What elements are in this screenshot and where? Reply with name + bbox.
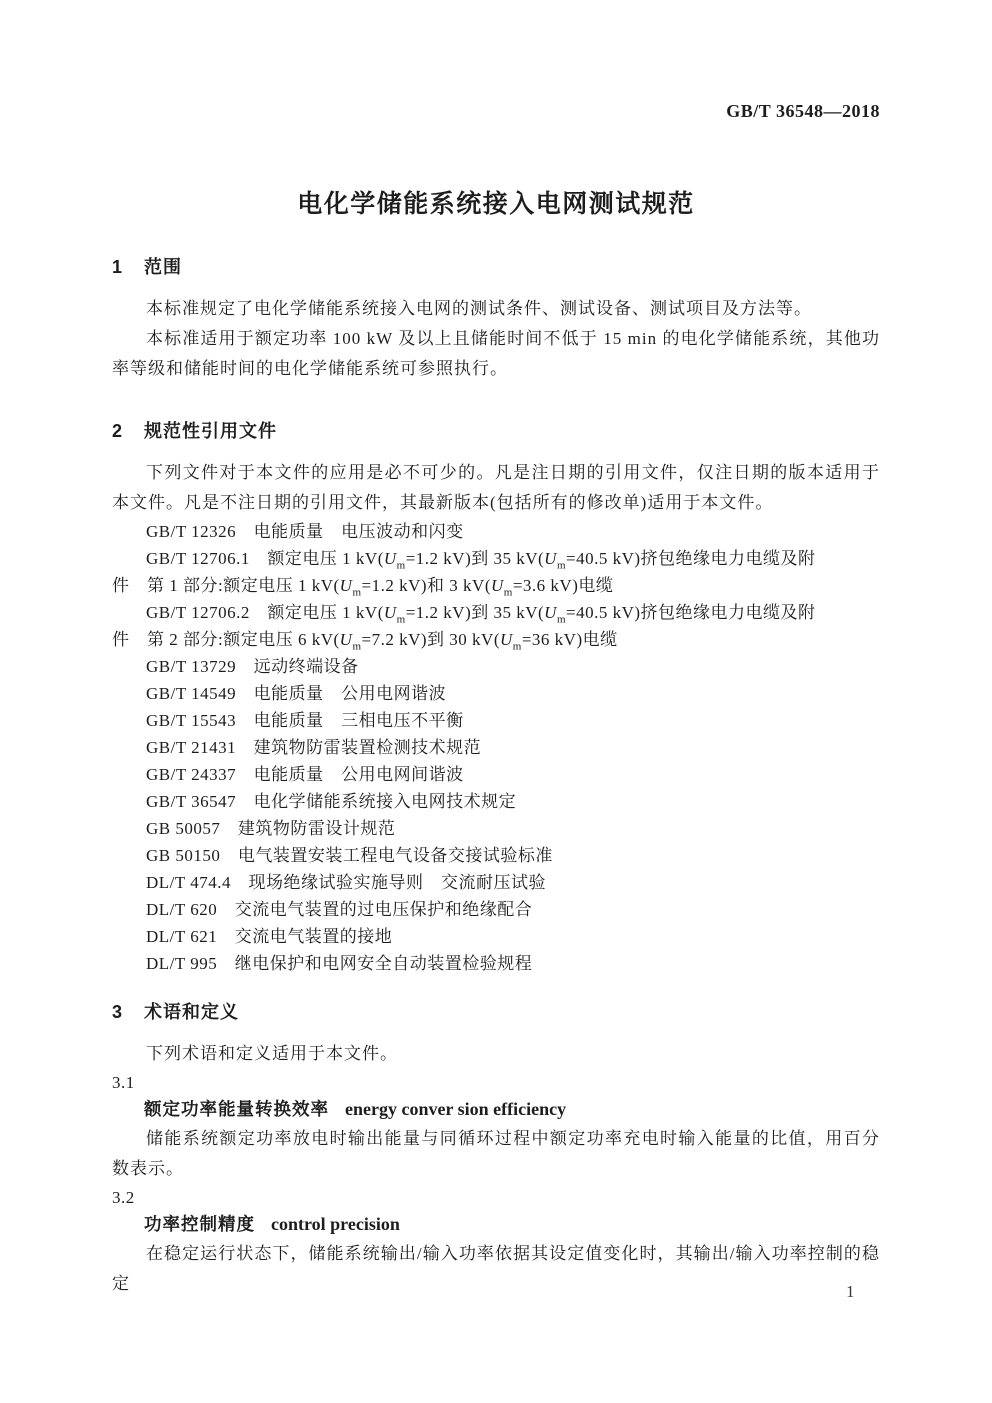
section-title: 术语和定义 [144,1002,239,1022]
reference-item: GB/T 24337 电能质量 公用电网间谐波 [112,761,880,788]
term-en: control precision [271,1214,400,1234]
reference-item: DL/T 474.4 现场绝缘试验实施导则 交流耐压试验 [112,869,880,896]
term-zh: 功率控制精度 [144,1214,255,1234]
term-number: 3.1 [112,1069,880,1096]
reference-item: DL/T 621 交流电气装置的接地 [112,923,880,950]
paragraph: 储能系统额定功率放电时输出能量与同循环过程中额定功率充电时输入能量的比值，用百分… [112,1124,880,1184]
paragraph: 下列术语和定义适用于本文件。 [112,1039,880,1069]
paragraph: 本标准适用于额定功率 100 kW 及以上且储能时间不低于 15 min 的电化… [112,324,880,384]
reference-item: DL/T 995 继电保护和电网安全自动装置检验规程 [112,950,880,977]
paragraph: 本标准规定了电化学储能系统接入电网的测试条件、测试设备、测试项目及方法等。 [112,294,880,324]
reference-item: GB 50150 电气装置安装工程电气设备交接试验标准 [112,842,880,869]
section-heading: 2规范性引用文件 [112,420,880,442]
reference-item: GB/T 21431 建筑物防雷装置检测技术规范 [112,734,880,761]
section-title: 规范性引用文件 [144,421,277,441]
section-title: 范围 [144,257,182,277]
document-page: GB/T 36548—2018 电化学储能系统接入电网测试规范 1范围本标准规定… [0,0,992,1403]
term-en: energy conver sion efficiency [345,1099,566,1119]
reference-item: GB/T 12706.2 额定电压 1 kV(Um=1.2 kV)到 35 kV… [112,599,880,626]
term-title: 额定功率能量转换效率energy conver sion efficiency [112,1096,880,1124]
page-number: 1 [846,1282,855,1302]
reference-item: GB/T 15543 电能质量 三相电压不平衡 [112,707,880,734]
section-number: 1 [112,256,126,278]
reference-item: DL/T 620 交流电气装置的过电压保护和绝缘配合 [112,896,880,923]
reference-item: GB/T 13729 远动终端设备 [112,653,880,680]
section-number: 2 [112,420,126,442]
reference-item: GB/T 14549 电能质量 公用电网谐波 [112,680,880,707]
reference-item: GB/T 36547 电化学储能系统接入电网技术规定 [112,788,880,815]
reference-item: GB/T 12326 电能质量 电压波动和闪变 [112,518,880,545]
term-number: 3.2 [112,1184,880,1211]
section-number: 3 [112,1001,126,1023]
reference-item: 件 第 2 部分:额定电压 6 kV(Um=7.2 kV)到 30 kV(Um=… [112,626,880,653]
reference-item: GB 50057 建筑物防雷设计规范 [112,815,880,842]
document-code: GB/T 36548—2018 [112,0,880,122]
term-zh: 额定功率能量转换效率 [144,1099,329,1119]
term-title: 功率控制精度control precision [112,1211,880,1239]
reference-item: 件 第 1 部分:额定电压 1 kV(Um=1.2 kV)和 3 kV(Um=3… [112,572,880,599]
document-body: 1范围本标准规定了电化学储能系统接入电网的测试条件、测试设备、测试项目及方法等。… [112,256,880,1299]
reference-item: GB/T 12706.1 额定电压 1 kV(Um=1.2 kV)到 35 kV… [112,545,880,572]
paragraph: 在稳定运行状态下，储能系统输出/输入功率依据其设定值变化时，其输出/输入功率控制… [112,1239,880,1299]
section-heading: 3术语和定义 [112,1001,880,1023]
document-title: 电化学储能系统接入电网测试规范 [112,188,880,220]
section-heading: 1范围 [112,256,880,278]
paragraph: 下列文件对于本文件的应用是必不可少的。凡是注日期的引用文件，仅注日期的版本适用于… [112,458,880,518]
